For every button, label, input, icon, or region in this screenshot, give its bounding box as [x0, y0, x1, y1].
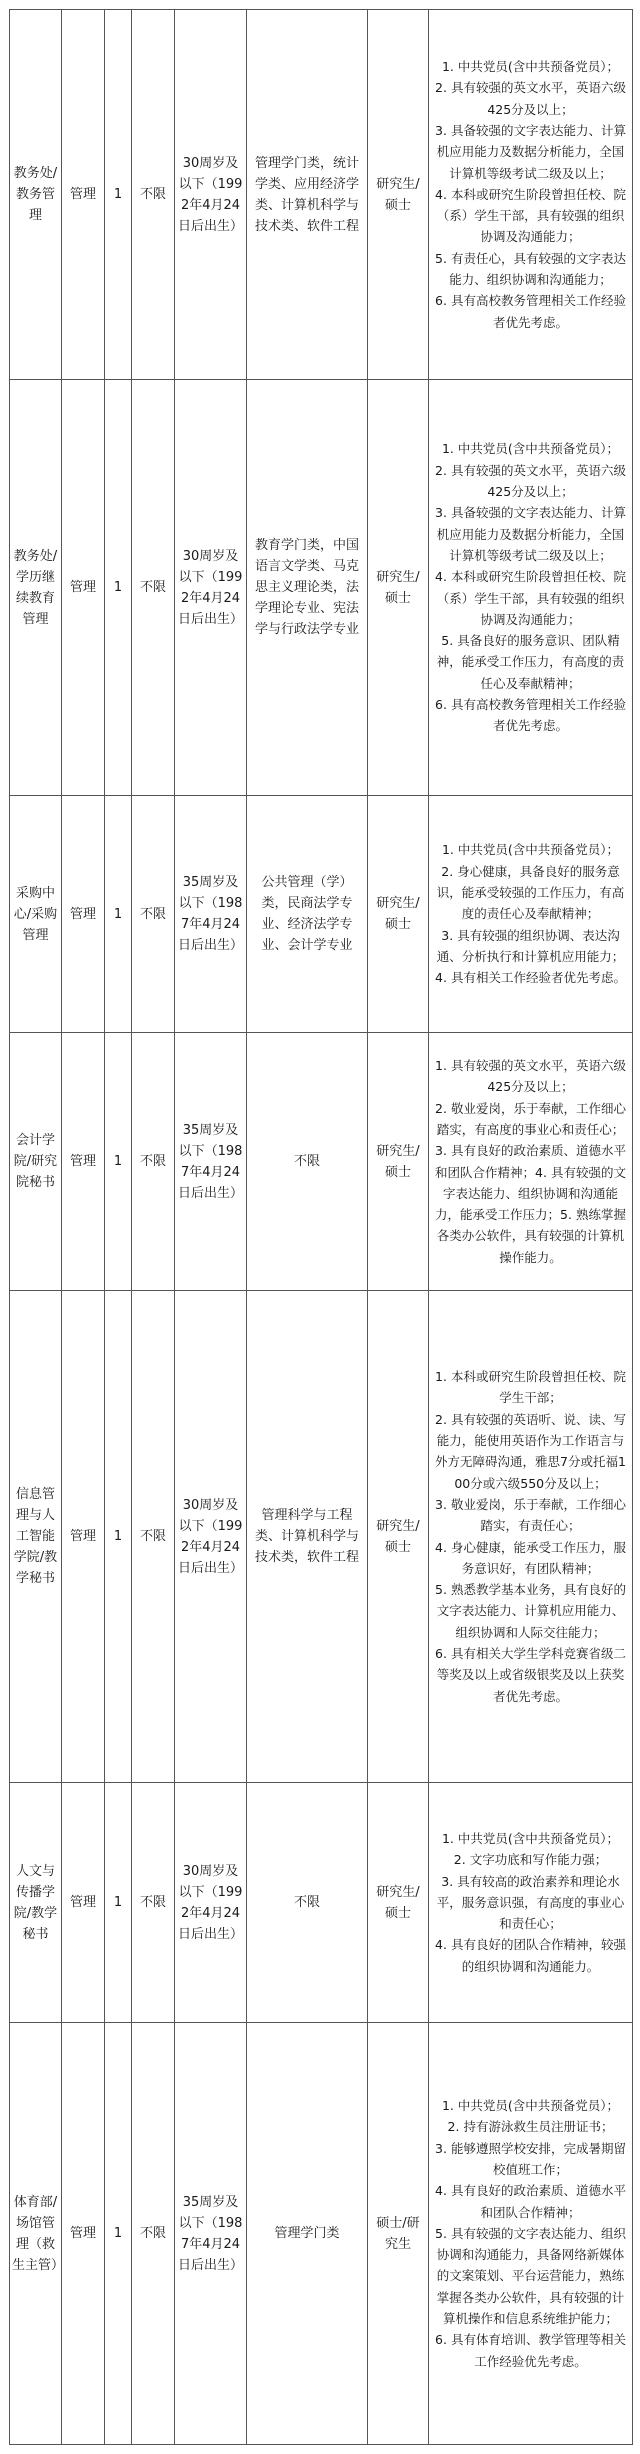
- requirement-item: 1. 中共党员(含中共预备党员）；: [432, 2095, 629, 2116]
- table-row: 会计学院/研究院秘书 管理 1 不限 35周岁及以下（1987年4月24日后出生…: [10, 1033, 633, 1291]
- requirement-item: 1. 中共党员(含中共预备党员）；: [432, 1828, 629, 1849]
- count-cell: 1: [105, 1033, 132, 1291]
- major-cell: 管理学门类: [247, 2023, 368, 2445]
- count-cell: 1: [105, 380, 132, 796]
- gender-cell: 不限: [132, 1291, 175, 1783]
- table-row: 采购中心/采购管理 管理 1 不限 35周岁及以下（1987年4月24日后出生）…: [10, 796, 633, 1033]
- requirement-item: 2. 具有较强的英文水平，英语六级425分及以上；: [432, 77, 629, 120]
- age-cell: 35周岁及以下（1987年4月24日后出生）: [175, 2023, 247, 2445]
- count-cell: 1: [105, 10, 132, 380]
- requirement-item: 6. 具有相关大学生学科竞赛省级二等奖及以上或省级银奖及以上获奖者优先考虑。: [432, 1643, 629, 1707]
- requirement-item: 3. 能够遵照学校安排，完成暑期留校值班工作；: [432, 2138, 629, 2181]
- requirement-item: 5. 具有较强的文字表达能力、组织协调和沟通能力，具备网络新媒体的文案策划、平台…: [432, 2223, 629, 2329]
- age-cell: 35周岁及以下（1987年4月24日后出生）: [175, 796, 247, 1033]
- requirement-item: 3. 具有较高的政治素养和理论水平，服务意识强，有高度的事业心和责任心；: [432, 1871, 629, 1935]
- degree-cell: 研究生/硕士: [368, 1783, 429, 2023]
- count-cell: 1: [105, 2023, 132, 2445]
- count-cell: 1: [105, 796, 132, 1033]
- requirement-item: 1. 中共党员(含中共预备党员）；: [432, 839, 629, 860]
- requirement-item: 1. 具有较强的英文水平，英语六级425分及以上；: [432, 1055, 629, 1098]
- table-row: 体育部/场馆管理（救生主管） 管理 1 不限 35周岁及以下（1987年4月24…: [10, 2023, 633, 2445]
- type-cell: 管理: [62, 380, 105, 796]
- major-cell: 公共管理（学）类，民商法学专业、经济法学专业、会计学专业: [247, 796, 368, 1033]
- gender-cell: 不限: [132, 2023, 175, 2445]
- requirement-item: 4. 具有良好的政治素质、道德水平和团队合作精神；: [432, 2180, 629, 2223]
- requirements-cell: 1. 中共党员(含中共预备党员）；2. 文字功底和写作能力强；3. 具有较高的政…: [429, 1783, 633, 2023]
- requirement-item: 2. 具有较强的英语听、说、读、写能力，能使用英语作为工作语言与外方无障碍沟通，…: [432, 1409, 629, 1494]
- requirement-item: 5. 具备良好的服务意识、团队精神，能承受工作压力，有高度的责任心及奉献精神；: [432, 630, 629, 694]
- position-cell: 人文与传播学院/教学秘书: [10, 1783, 62, 2023]
- major-cell: 管理学门类，统计学类、应用经济学类、计算机科学与技术类、软件工程: [247, 10, 368, 380]
- degree-cell: 研究生/硕士: [368, 10, 429, 380]
- position-cell: 会计学院/研究院秘书: [10, 1033, 62, 1291]
- type-cell: 管理: [62, 796, 105, 1033]
- table-row: 教务处/教务管理 管理 1 不限 30周岁及以下（1992年4月24日后出生） …: [10, 10, 633, 380]
- degree-cell: 研究生/硕士: [368, 1033, 429, 1291]
- type-cell: 管理: [62, 1033, 105, 1291]
- requirement-item: 2. 文字功底和写作能力强；: [432, 1849, 629, 1870]
- type-cell: 管理: [62, 1291, 105, 1783]
- count-cell: 1: [105, 1291, 132, 1783]
- requirement-item: 5. 有责任心，具有较强的文字表达能力、组织协调和沟通能力；: [432, 248, 629, 291]
- requirement-item: 6. 具有体育培训、教学管理等相关工作经验优先考虑。: [432, 2329, 629, 2372]
- degree-cell: 研究生/硕士: [368, 796, 429, 1033]
- requirements-cell: 1. 中共党员(含中共预备党员）；2. 具有较强的英文水平，英语六级425分及以…: [429, 10, 633, 380]
- requirements-cell: 1. 中共党员(含中共预备党员）；2. 身心健康，具备良好的服务意识，能承受较强…: [429, 796, 633, 1033]
- position-cell: 采购中心/采购管理: [10, 796, 62, 1033]
- requirement-item: 3. 具有较强的组织协调、表达沟通、分析执行和计算机应用能力；: [432, 925, 629, 968]
- major-cell: 管理科学与工程类、计算机科学与技术类，软件工程: [247, 1291, 368, 1783]
- requirement-item: 2. 具有较强的英文水平，英语六级425分及以上；: [432, 460, 629, 503]
- requirement-item: 2. 身心健康，具备良好的服务意识，能承受较强的工作压力，有高度的责任心及奉献精…: [432, 861, 629, 925]
- requirement-item: 1. 中共党员(含中共预备党员）；: [432, 438, 629, 459]
- requirement-item: 6. 具有高校教务管理相关工作经验者优先考虑。: [432, 290, 629, 333]
- age-cell: 30周岁及以下（1992年4月24日后出生）: [175, 10, 247, 380]
- position-cell: 体育部/场馆管理（救生主管）: [10, 2023, 62, 2445]
- requirement-item: 4. 具有相关工作经验者优先考虑。: [432, 967, 629, 988]
- requirements-cell: 1. 中共党员(含中共预备党员）；2. 持有游泳救生员注册证书；3. 能够遵照学…: [429, 2023, 633, 2445]
- requirement-item: 4. 具有良好的团队合作精神，较强的组织协调和沟通能力。: [432, 1934, 629, 1977]
- requirement-item: 1. 中共党员(含中共预备党员）；: [432, 56, 629, 77]
- major-cell: 不限: [247, 1033, 368, 1291]
- requirement-item: 3. 具备较强的文字表达能力、计算机应用能力及数据分析能力，全国计算机等级考试二…: [432, 502, 629, 566]
- age-cell: 35周岁及以下（1987年4月24日后出生）: [175, 1033, 247, 1291]
- gender-cell: 不限: [132, 796, 175, 1033]
- requirement-item: 3. 敬业爱岗，乐于奉献，工作细心踏实，有责任心；: [432, 1494, 629, 1537]
- table-row: 信息管理与人工智能学院/教学秘书 管理 1 不限 30周岁及以下（1992年4月…: [10, 1291, 633, 1783]
- type-cell: 管理: [62, 10, 105, 380]
- position-cell: 教务处/学历继续教育管理: [10, 380, 62, 796]
- table-row: 教务处/学历继续教育管理 管理 1 不限 30周岁及以下（1992年4月24日后…: [10, 380, 633, 796]
- degree-cell: 研究生/硕士: [368, 380, 429, 796]
- gender-cell: 不限: [132, 380, 175, 796]
- requirement-item: 5. 熟悉教学基本业务，具有良好的文字表达能力、计算机应用能力、组织协调和人际交…: [432, 1579, 629, 1643]
- age-cell: 30周岁及以下（1992年4月24日后出生）: [175, 380, 247, 796]
- recruitment-table: 教务处/教务管理 管理 1 不限 30周岁及以下（1992年4月24日后出生） …: [9, 9, 633, 2445]
- degree-cell: 研究生/硕士: [368, 1291, 429, 1783]
- position-cell: 教务处/教务管理: [10, 10, 62, 380]
- major-cell: 教育学门类，中国语言文学类、马克思主义理论类，法学理论专业、宪法学与行政法学专业: [247, 380, 368, 796]
- requirements-cell: 1. 中共党员(含中共预备党员）；2. 具有较强的英文水平，英语六级425分及以…: [429, 380, 633, 796]
- count-cell: 1: [105, 1783, 132, 2023]
- type-cell: 管理: [62, 1783, 105, 2023]
- gender-cell: 不限: [132, 1033, 175, 1291]
- age-cell: 30周岁及以下（1992年4月24日后出生）: [175, 1783, 247, 2023]
- requirement-item: 2. 持有游泳救生员注册证书；: [432, 2116, 629, 2137]
- requirements-cell: 1. 本科或研究生阶段曾担任校、院学生干部；2. 具有较强的英语听、说、读、写能…: [429, 1291, 633, 1783]
- requirement-item: 4. 身心健康，能承受工作压力，服务意识好，有团队精神；: [432, 1537, 629, 1580]
- requirement-item: 4. 本科或研究生阶段曾担任校、院（系）学生干部，具有较强的组织协调及沟通能力；: [432, 566, 629, 630]
- table-row: 人文与传播学院/教学秘书 管理 1 不限 30周岁及以下（1992年4月24日后…: [10, 1783, 633, 2023]
- requirement-item: 6. 具有高校教务管理相关工作经验者优先考虑。: [432, 694, 629, 737]
- requirement-item: 1. 本科或研究生阶段曾担任校、院学生干部；: [432, 1366, 629, 1409]
- requirement-item: 4. 本科或研究生阶段曾担任校、院（系）学生干部，具有较强的组织协调及沟通能力；: [432, 184, 629, 248]
- gender-cell: 不限: [132, 10, 175, 380]
- requirement-item: 2. 敬业爱岗，乐于奉献，工作细心踏实，有高度的事业心和责任心；3. 具有良好的…: [432, 1098, 629, 1268]
- requirement-item: 3. 具备较强的文字表达能力、计算机应用能力及数据分析能力，全国计算机等级考试二…: [432, 120, 629, 184]
- age-cell: 30周岁及以下（1992年4月24日后出生）: [175, 1291, 247, 1783]
- requirements-cell: 1. 具有较强的英文水平，英语六级425分及以上；2. 敬业爱岗，乐于奉献，工作…: [429, 1033, 633, 1291]
- position-cell: 信息管理与人工智能学院/教学秘书: [10, 1291, 62, 1783]
- major-cell: 不限: [247, 1783, 368, 2023]
- degree-cell: 硕士/研究生: [368, 2023, 429, 2445]
- type-cell: 管理: [62, 2023, 105, 2445]
- gender-cell: 不限: [132, 1783, 175, 2023]
